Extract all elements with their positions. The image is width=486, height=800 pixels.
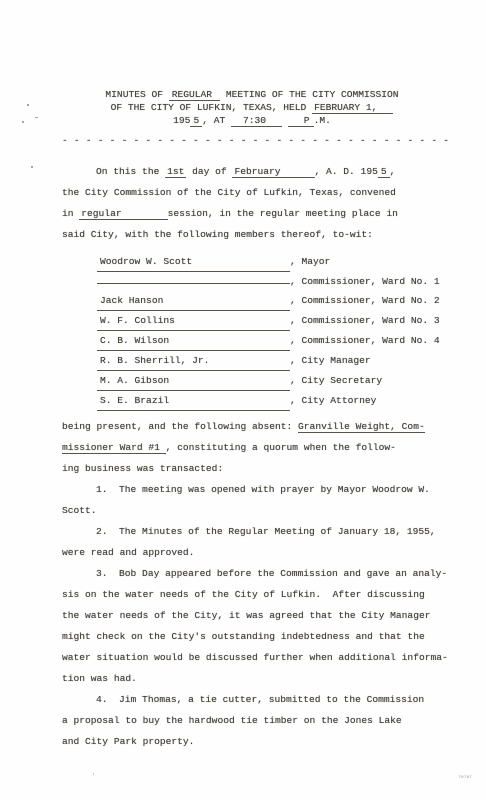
member-list: Woodrow W. Scott, Mayor , Commissioner, … (62, 252, 442, 411)
scan-speck (35, 117, 38, 118)
member-row-ward1: , Commissioner, Ward No. 1 (62, 272, 442, 291)
opening-l1-d: , (390, 166, 396, 177)
member-name: S. E. Brazil (97, 391, 290, 411)
absent-line-3: ing business was transacted: (62, 458, 442, 479)
blank-fill-time: 7:30 (231, 115, 282, 127)
member-name: Jack Hanson (97, 291, 290, 311)
opening-l1-b: day of (186, 166, 232, 177)
member-name: M. A. Gibson (97, 371, 290, 391)
dashed-separator: - - - - - - - - - - - - - - - - - - - - … (62, 134, 442, 147)
item-2-line-2: were read and approved. (62, 542, 442, 563)
item-4-line-1: 4. Jim Thomas, a tie cutter, submitted t… (62, 689, 442, 710)
header-line3-gap (282, 115, 288, 126)
member-title: Commissioner, Ward No. 2 (302, 295, 440, 306)
item-3-line-2: sis on the water needs of the City of Lu… (62, 584, 442, 605)
header-line-2: OF THE CITY OF LUFKIN, TEXAS, HELD FEBRU… (62, 101, 442, 114)
opening-line-2: the City Commission of the City of Lufki… (62, 182, 442, 203)
member-name: R. B. Sherrill, Jr. (97, 351, 290, 371)
opening-l1-c: , A. D. 195 (315, 166, 378, 177)
member-title: Commissioner, Ward No. 1 (302, 276, 440, 287)
blank-fill-year: 5 (190, 115, 202, 127)
document-content: MINUTES OF REGULAR MEETING OF THE CITY C… (62, 88, 442, 752)
member-title: Commissioner, Ward No. 3 (302, 315, 440, 326)
member-title: City Attorney (302, 395, 377, 406)
scan-speck (22, 121, 24, 123)
microprint-artifact: 70767 (458, 776, 472, 780)
member-row-city-secretary: M. A. Gibson, City Secretary (62, 371, 442, 391)
header-line3-mid: , AT (202, 115, 231, 126)
header-line3-post: .M. (314, 115, 331, 126)
opening-line-4: said City, with the following members th… (62, 224, 442, 245)
blank-fill-meeting-type: REGULAR (169, 89, 220, 101)
member-row-ward4: C. B. Wilson, Commissioner, Ward No. 4 (62, 331, 442, 351)
member-title: Commissioner, Ward No. 4 (302, 335, 440, 346)
item-3-line-5: water situation would be discussed furth… (62, 647, 442, 668)
item-3-line-1: 3. Bob Day appeared before the Commissio… (62, 563, 442, 584)
comma-separator: , (290, 256, 302, 267)
member-row-ward3: W. F. Collins, Commissioner, Ward No. 3 (62, 311, 442, 331)
opening-l1-a: On this the (96, 166, 165, 177)
item-3-line-3: the water needs of the City, it was agre… (62, 605, 442, 626)
item-2-line-1: 2. The Minutes of the Regular Meeting of… (62, 521, 442, 542)
blank-fill-month: February (232, 166, 314, 178)
member-row-city-attorney: S. E. Brazil, City Attorney (62, 391, 442, 411)
item-4-line-2: a proposal to buy the hardwood tie timbe… (62, 710, 442, 731)
absent-line-1: being present, and the following absent:… (62, 416, 442, 437)
header-line2-pre: OF THE CITY OF LUFKIN, TEXAS, HELD (111, 102, 313, 113)
item-1-line-2: Scott. (62, 500, 442, 521)
item-3-line-4: might check on the City's outstanding in… (62, 626, 442, 647)
header-line1-post: MEETING OF THE CITY COMMISSION (220, 89, 398, 100)
blank-fill-absent-name-cont: missioner Ward #1 (62, 442, 166, 454)
comma-separator: , (290, 315, 302, 326)
scan-speck (27, 104, 29, 106)
blank-fill-ampm: P (288, 115, 314, 127)
member-title: City Manager (302, 355, 371, 366)
item-1-line-1: 1. The meeting was opened with prayer by… (62, 479, 442, 500)
opening-l3-a: in (62, 208, 79, 219)
scan-tick-mark: ' (92, 773, 95, 779)
scanned-document-page: MINUTES OF REGULAR MEETING OF THE CITY C… (0, 0, 486, 800)
member-name: C. B. Wilson (97, 331, 290, 351)
item-4-line-3: and City Park property. (62, 731, 442, 752)
blank-fill-meeting-date: FEBRUARY 1, (312, 102, 393, 114)
member-row-ward2: Jack Hanson, Commissioner, Ward No. 2 (62, 291, 442, 311)
business-items: 1. The meeting was opened with prayer by… (62, 479, 442, 752)
header-line-1: MINUTES OF REGULAR MEETING OF THE CITY C… (62, 88, 442, 101)
blank-fill-session-type: regular (79, 208, 167, 220)
opening-l3-b: session, in the regular meeting place in (168, 208, 398, 219)
absent-l2-post: , constituting a quorum when the follow- (166, 442, 396, 453)
header-line1-pre: MINUTES OF (105, 89, 168, 100)
absent-line-2: missioner Ward #1 , constituting a quoru… (62, 437, 442, 458)
comma-separator: , (290, 276, 302, 287)
member-name (97, 283, 290, 284)
comma-separator: , (290, 355, 302, 366)
opening-line-1: On this the 1st day of February, A. D. 1… (62, 161, 442, 182)
member-row-city-manager: R. B. Sherrill, Jr., City Manager (62, 351, 442, 371)
member-name: Woodrow W. Scott (97, 252, 290, 272)
member-title: Mayor (302, 256, 331, 267)
absent-l1-pre: being present, and the following absent: (62, 421, 298, 432)
item-3-line-6: tion was had. (62, 668, 442, 689)
absent-paragraph: being present, and the following absent:… (62, 416, 442, 479)
blank-fill-year-2: 5 (378, 166, 390, 178)
scan-speck (31, 166, 33, 168)
comma-separator: , (290, 295, 302, 306)
comma-separator: , (290, 335, 302, 346)
opening-paragraph: On this the 1st day of February, A. D. 1… (62, 161, 442, 245)
document-header: MINUTES OF REGULAR MEETING OF THE CITY C… (62, 88, 442, 147)
member-row-mayor: Woodrow W. Scott, Mayor (62, 252, 442, 272)
blank-fill-day: 1st (165, 166, 186, 178)
header-line3-pre: 195 (173, 115, 190, 126)
opening-line-3: in regularsession, in the regular meetin… (62, 203, 442, 224)
blank-fill-absent-name: Granville Weight, Com- (298, 421, 425, 433)
member-name: W. F. Collins (97, 311, 290, 331)
comma-separator: , (290, 375, 302, 386)
comma-separator: , (290, 395, 302, 406)
member-title: City Secretary (302, 375, 383, 386)
header-line-3: 1955, AT 7:30 P.M. (62, 114, 442, 127)
